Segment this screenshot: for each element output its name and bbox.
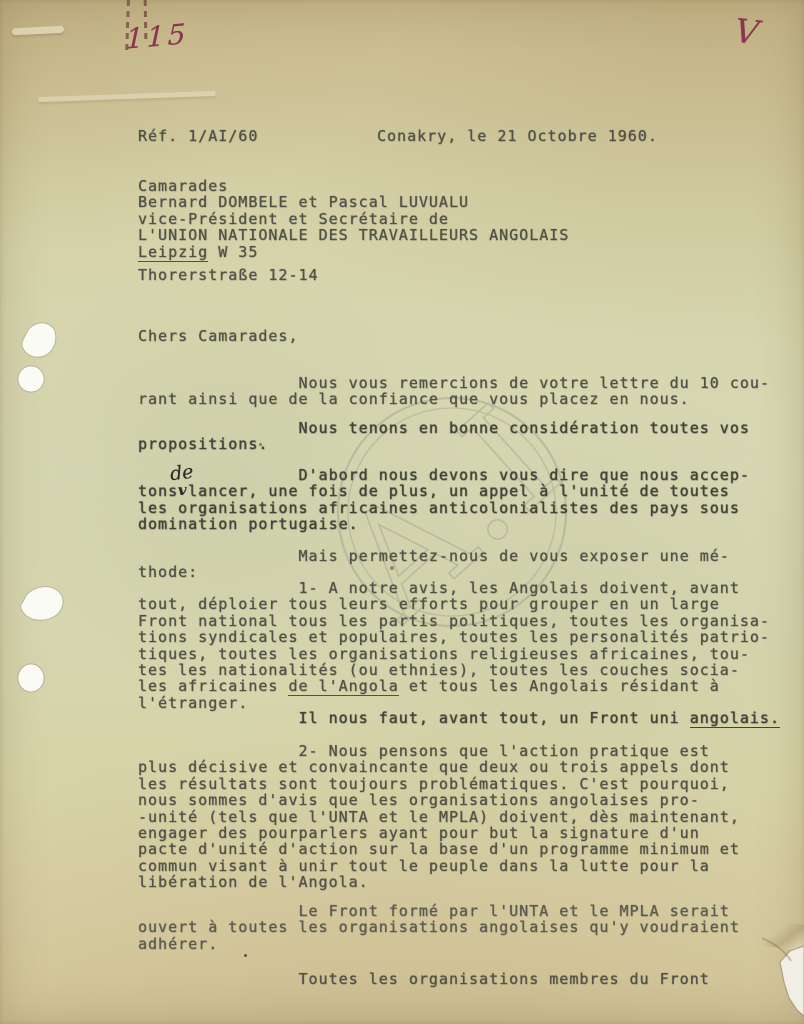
- text-line: vice-Président et Secrétaire de: [138, 211, 569, 227]
- text-line: tons lancer, une fois de plus, un appel …: [138, 483, 750, 499]
- handwritten-checkmark-icon: V: [733, 11, 761, 53]
- dateline: Conakry, le 21 Octobre 1960.: [377, 128, 658, 144]
- text-line: Camarades: [138, 178, 569, 194]
- text-line: rant ainsi que de la confiance que vous …: [138, 391, 770, 407]
- text-line: tes les nationalités (ou ethnies), toute…: [138, 662, 770, 678]
- recipient-street: Thorerstraße 12-14: [138, 267, 319, 283]
- paragraph-1: Nous vous remercions de votre lettre du …: [138, 375, 770, 408]
- ink-speck: [244, 954, 247, 957]
- text-line: tions syndicales et populaires, toutes l…: [138, 629, 770, 645]
- text-line: commun visant à unir tout le peuple dans…: [138, 858, 740, 874]
- text-line: adhérer.: [138, 936, 740, 952]
- text-line: libération de l'Angola.: [138, 874, 740, 890]
- ink-speck: [390, 566, 394, 570]
- text-line: plus décisive et convaincante que deux o…: [138, 759, 740, 775]
- text-line: 1- A notre avis, les Angolais doivent, a…: [138, 580, 770, 596]
- text-line: D'abord nous devons vous dire que nous a…: [138, 467, 750, 483]
- text-line: Front national tous les partis politique…: [138, 613, 770, 629]
- text-line: Nous vous remercions de votre lettre du …: [138, 375, 770, 391]
- insertion-caret-icon: v: [178, 481, 187, 499]
- paragraph-4: Mais permettez-nous de vous exposer une …: [138, 548, 730, 581]
- handwritten-page-number: 115: [126, 17, 189, 55]
- letter-page: A.I 115 V Réf. 1/AI/60 Conakry, le 21 Oc…: [0, 0, 804, 1024]
- paragraph-5-point-1: 1- A notre avis, les Angolais doivent, a…: [138, 580, 770, 711]
- salutation: Chers Camarades,: [138, 328, 299, 344]
- text-line: Nous tenons en bonne considération toute…: [138, 420, 750, 436]
- text-line: domination portugaise.: [138, 516, 750, 532]
- text-line: Leipzig W 35: [138, 244, 569, 260]
- paragraph-9-toutes: Toutes les organisations membres du Fron…: [138, 971, 710, 987]
- punch-hole: [18, 664, 44, 692]
- paragraph-2: Nous tenons en bonne considération toute…: [138, 420, 750, 453]
- text-line: les africaines de l'Angola et tous les A…: [138, 678, 770, 694]
- crease-mark: [750, 918, 804, 952]
- text-line: Toutes les organisations membres du Fron…: [138, 971, 710, 987]
- crease-mark: [12, 26, 64, 36]
- paragraph-3: D'abord nous devons vous dire que nous a…: [138, 467, 750, 533]
- text-line: Mais permettez-nous de vous exposer une …: [138, 548, 730, 564]
- text-line: engager des pourparlers ayant pour but l…: [138, 825, 740, 841]
- recipient-address: CamaradesBernard DOMBELE et Pascal LUVUA…: [138, 178, 569, 260]
- text-line: pacte d'unité d'action sur la base d'un …: [138, 841, 740, 857]
- text-line: tiques, toutes les organisations religie…: [138, 646, 770, 662]
- text-line: Bernard DOMBELE et Pascal LUVUALU: [138, 194, 569, 210]
- torn-hole: [21, 587, 63, 621]
- text-line: -unité (tels que l'UNTA et le MPLA) doiv…: [138, 809, 740, 825]
- text-line: nous sommes d'avis que les organisations…: [138, 792, 740, 808]
- text-line: 2- Nous pensons que l'action pratique es…: [138, 743, 740, 759]
- torn-hole: [22, 323, 56, 357]
- paragraph-8-le-front: Le Front formé par l'UNTA et le MPLA ser…: [138, 903, 740, 952]
- reference-number: Réf. 1/AI/60: [138, 128, 258, 144]
- text-line: L'UNION NATIONALE DES TRAVAILLEURS ANGOL…: [138, 227, 569, 243]
- crease-mark: [38, 91, 216, 102]
- paragraph-7-point-2: 2- Nous pensons que l'action pratique es…: [138, 743, 740, 891]
- text-line: tout, déploier tous leurs efforts pour g…: [138, 596, 770, 612]
- text-line: Le Front formé par l'UNTA et le MPLA ser…: [138, 903, 740, 919]
- tear-shape: [780, 946, 804, 1016]
- text-line: propositions.: [138, 436, 750, 452]
- text-line: ouvert à toutes les organisations angola…: [138, 919, 740, 935]
- punch-hole: [18, 366, 44, 392]
- text-line: les résultats sont toujours problématiqu…: [138, 776, 740, 792]
- paragraph-6-front-uni: Il nous faut, avant tout, un Front uni a…: [138, 710, 780, 726]
- ink-speck: [259, 443, 262, 446]
- text-line: Il nous faut, avant tout, un Front uni a…: [138, 710, 780, 726]
- text-line: les organisations africaines anticolonia…: [138, 500, 750, 516]
